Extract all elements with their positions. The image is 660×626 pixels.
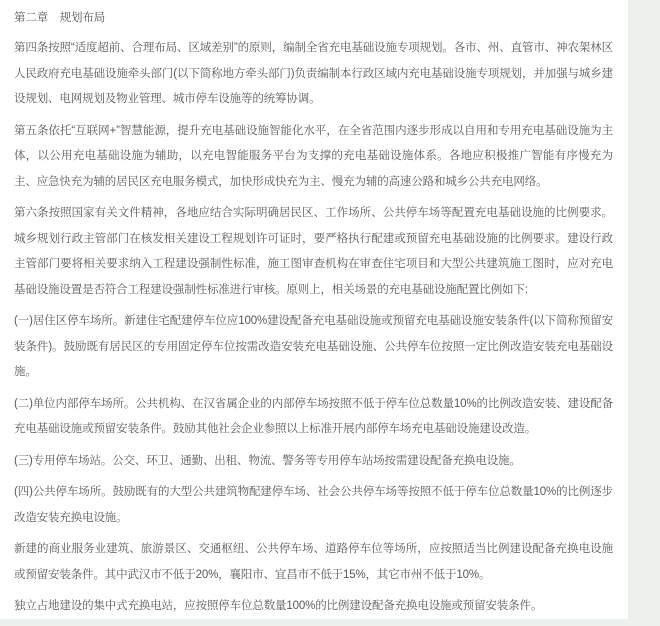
page-gutter-bottom — [0, 619, 660, 626]
page-gutter-right — [628, 0, 660, 626]
article-paragraph-clause-5: 第五条依托“互联网+”智慧能源，提升充电基础设施智能化水平，在全省范围内逐步形成… — [14, 119, 613, 196]
article-paragraph-standalone-stations: 独立占地建设的集中式充换电站，应按照停车位总数量100%的比例建设配备充换电设施… — [14, 594, 613, 620]
article-paragraph-clause-6: 第六条按照国家有关文件精神，各地应结合实际明确居民区、工作场所、公共停车场等配置… — [14, 201, 613, 303]
article-paragraph-item-1: (一)居住区停车场所。新建住宅配建停车位应100%建设配备充电基础设施或预留充电… — [14, 309, 613, 386]
page: { "theme": { "page_background": "#edf1ee… — [0, 0, 660, 626]
article-paragraph-item-3: (三)专用停车场站。公交、环卫、通勤、出租、物流、警务等专用停车站场按需建设配备… — [14, 449, 613, 475]
article-paragraph-item-4: (四)公共停车场所。鼓励既有的大型公共建筑物配建停车场、社会公共停车场等按照不低… — [14, 480, 613, 531]
article-paragraph-clause-4: 第四条按照“适度超前、合理布局、区域差别”的原则，编制全省充电基础设施专项规划。… — [14, 36, 613, 113]
article-content: 第二章 规划布局 第四条按照“适度超前、合理布局、区域差别”的原则，编制全省充电… — [0, 0, 628, 619]
chapter-heading: 第二章 规划布局 — [14, 5, 613, 31]
article-paragraph-item-2: (二)单位内部停车场所。公共机构、在汉省属企业的内部停车场按照不低于停车位总数量… — [14, 392, 613, 443]
article-paragraph-new-construction: 新建的商业服务业建筑、旅游景区、交通枢纽、公共停车场、道路停车位等场所，应按照适… — [14, 537, 613, 588]
